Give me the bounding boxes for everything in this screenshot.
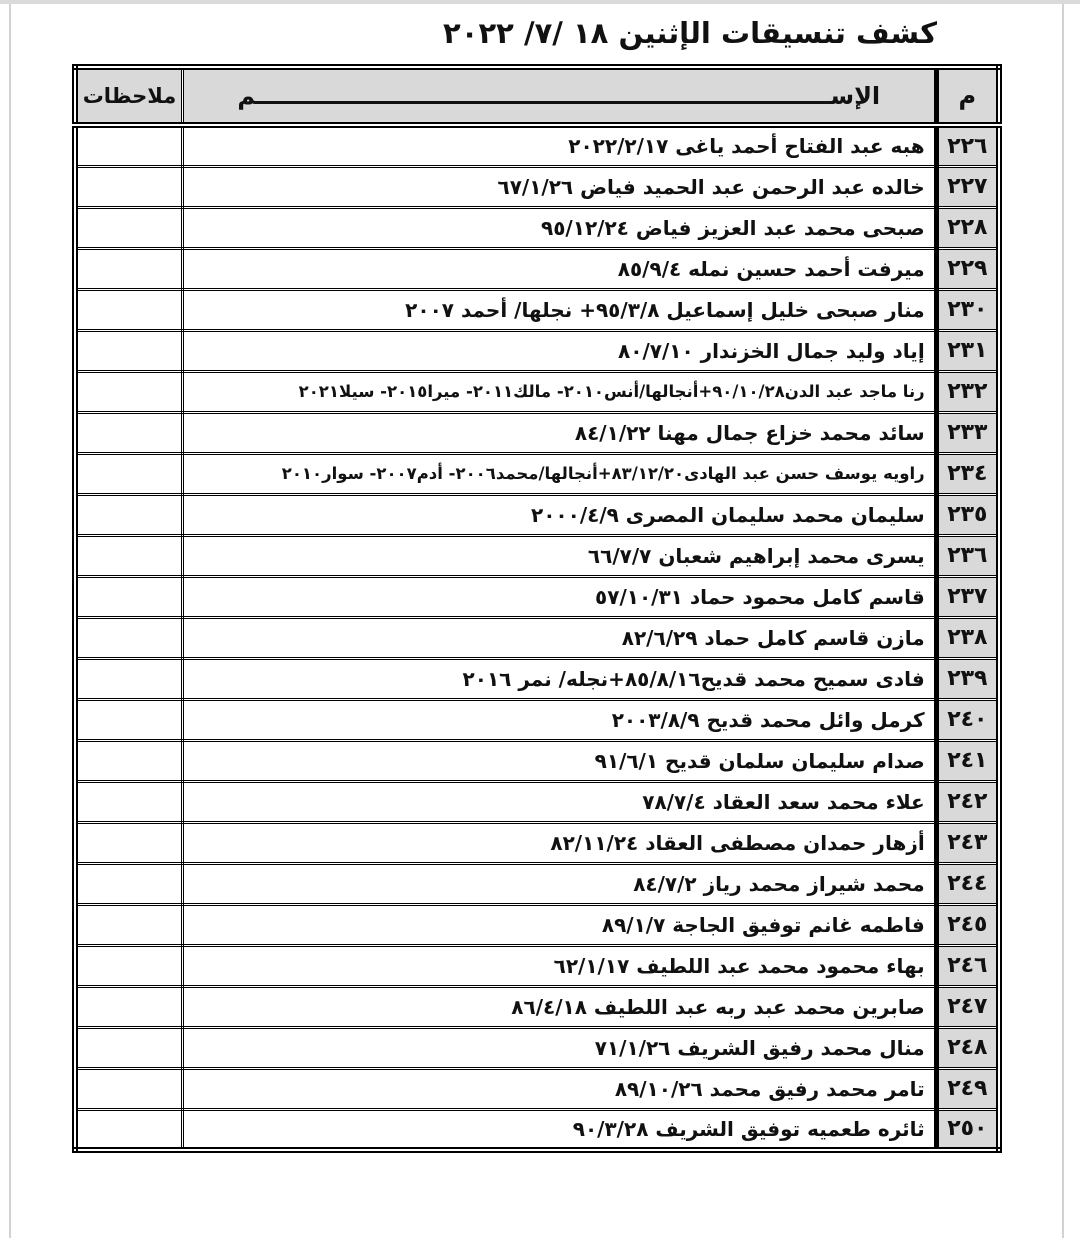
name-cell: يسرى محمد إبراهيم شعبان ٦٦/٧/٧	[182, 535, 936, 576]
serial-cell: ٢٣٩	[936, 658, 999, 699]
notes-cell	[75, 494, 182, 535]
serial-cell: ٢٣٧	[936, 576, 999, 617]
name-cell: تامر محمد رفيق محمد ٨٩/١٠/٢٦	[182, 1068, 936, 1109]
table-row: ٢٣٤راويه يوسف حسن عبد الهادى٨٣/١٢/٢٠+أنج…	[75, 453, 999, 494]
notes-cell	[75, 740, 182, 781]
serial-cell: ٢٣٨	[936, 617, 999, 658]
serial-cell: ٢٣٦	[936, 535, 999, 576]
table-row: ٢٤٧صابرين محمد عبد ربه عبد اللطيف ٨٦/٤/١…	[75, 986, 999, 1027]
page-edge-right-line	[1062, 4, 1064, 1238]
name-cell: إياد وليد جمال الخزندار ٨٠/٧/١٠	[182, 330, 936, 371]
serial-cell: ٢٤٦	[936, 945, 999, 986]
name-cell: صدام سليمان سلمان قديح ٩١/٦/١	[182, 740, 936, 781]
table-row: ٢٢٨صبحى محمد عبد العزيز فياض ٩٥/١٢/٢٤	[75, 207, 999, 248]
table-row: ٢٣١إياد وليد جمال الخزندار ٨٠/٧/١٠	[75, 330, 999, 371]
name-cell: سائد محمد خزاع جمال مهنا ٨٤/١/٢٢	[182, 412, 936, 453]
name-cell: راويه يوسف حسن عبد الهادى٨٣/١٢/٢٠+أنجاله…	[182, 453, 936, 494]
notes-cell	[75, 576, 182, 617]
table-row: ٢٣٨مازن قاسم كامل حماد ٨٢/٦/٢٩	[75, 617, 999, 658]
table-row: ٢٢٩ميرفت أحمد حسين نمله ٨٥/٩/٤	[75, 248, 999, 289]
table-row: ٢٢٧خالده عبد الرحمن عبد الحميد فياض ٦٧/١…	[75, 166, 999, 207]
name-cell: أزهار حمدان مصطفى العقاد ٨٢/١١/٢٤	[182, 822, 936, 863]
serial-cell: ٢٣٤	[936, 453, 999, 494]
serial-cell: ٢٤٣	[936, 822, 999, 863]
table-row: ٢٣٣سائد محمد خزاع جمال مهنا ٨٤/١/٢٢	[75, 412, 999, 453]
header-row: م الإســــــــــــــــــــــــــــــــــ…	[75, 67, 999, 125]
name-cell: محمد شيراز محمد رياز ٨٤/٧/٢	[182, 863, 936, 904]
serial-cell: ٢٤٢	[936, 781, 999, 822]
serial-cell: ٢٤٠	[936, 699, 999, 740]
serial-cell: ٢٣٠	[936, 289, 999, 330]
serial-cell: ٢٤٩	[936, 1068, 999, 1109]
name-cell: مازن قاسم كامل حماد ٨٢/٦/٢٩	[182, 617, 936, 658]
table-row: ٢٤٢علاء محمد سعد العقاد ٧٨/٧/٤	[75, 781, 999, 822]
notes-cell	[75, 822, 182, 863]
table-row: ٢٣٧قاسم كامل محمود حماد ٥٧/١٠/٣١	[75, 576, 999, 617]
name-cell: قاسم كامل محمود حماد ٥٧/١٠/٣١	[182, 576, 936, 617]
name-cell: منار صبحى خليل إسماعيل ٩٥/٣/٨+ نجلها/ أح…	[182, 289, 936, 330]
notes-cell	[75, 1109, 182, 1150]
table-row: ٢٥٠ثائره طعميه توفيق الشريف ٩٠/٣/٢٨	[75, 1109, 999, 1150]
serial-cell: ٢٢٩	[936, 248, 999, 289]
serial-cell: ٢٤٨	[936, 1027, 999, 1068]
name-cell: رنا ماجد عبد الدن٩٠/١٠/٢٨+أنجالها/أنس٢٠١…	[182, 371, 936, 412]
serial-cell: ٢٢٧	[936, 166, 999, 207]
table-row: ٢٢٦هبه عبد الفتاح أحمد ياغى ٢٠٢٢/٢/١٧	[75, 125, 999, 166]
table-body: ٢٢٦هبه عبد الفتاح أحمد ياغى ٢٠٢٢/٢/١٧٢٢٧…	[75, 125, 999, 1150]
table-row: ٢٤٦بهاء محمود محمد عبد اللطيف ٦٢/١/١٧	[75, 945, 999, 986]
notes-cell	[75, 289, 182, 330]
table-row: ٢٣٩فادى سميح محمد قديح٨٥/٨/١٦+نجله/ نمر …	[75, 658, 999, 699]
table-row: ٢٣٦يسرى محمد إبراهيم شعبان ٦٦/٧/٧	[75, 535, 999, 576]
serial-cell: ٢٤٧	[936, 986, 999, 1027]
name-cell: ميرفت أحمد حسين نمله ٨٥/٩/٤	[182, 248, 936, 289]
notes-cell	[75, 699, 182, 740]
notes-cell	[75, 945, 182, 986]
notes-cell	[75, 1068, 182, 1109]
notes-cell	[75, 904, 182, 945]
notes-cell	[75, 781, 182, 822]
name-cell: كرمل وائل محمد قديح ٢٠٠٣/٨/٩	[182, 699, 936, 740]
notes-cell	[75, 330, 182, 371]
table-row: ٢٤١صدام سليمان سلمان قديح ٩١/٦/١	[75, 740, 999, 781]
notes-cell	[75, 125, 182, 166]
notes-cell	[75, 453, 182, 494]
header-serial-number: م	[936, 67, 999, 125]
name-cell: منال محمد رفيق الشريف ٧١/١/٢٦	[182, 1027, 936, 1068]
name-cell: صابرين محمد عبد ربه عبد اللطيف ٨٦/٤/١٨	[182, 986, 936, 1027]
name-cell: خالده عبد الرحمن عبد الحميد فياض ٦٧/١/٢٦	[182, 166, 936, 207]
name-cell: علاء محمد سعد العقاد ٧٨/٧/٤	[182, 781, 936, 822]
serial-cell: ٢٣٣	[936, 412, 999, 453]
name-cell: صبحى محمد عبد العزيز فياض ٩٥/١٢/٢٤	[182, 207, 936, 248]
serial-cell: ٢٢٦	[936, 125, 999, 166]
notes-cell	[75, 412, 182, 453]
table-row: ٢٣٥سليمان محمد سليمان المصرى ٢٠٠٠/٤/٩	[75, 494, 999, 535]
notes-cell	[75, 207, 182, 248]
notes-cell	[75, 535, 182, 576]
name-cell: فادى سميح محمد قديح٨٥/٨/١٦+نجله/ نمر ٢٠١…	[182, 658, 936, 699]
document-page: كشف تنسيقات الإثنين ١٨ /٧/ ٢٠٢٢ م الإســ…	[0, 0, 1080, 1238]
page-title: كشف تنسيقات الإثنين ١٨ /٧/ ٢٠٢٢	[150, 0, 1080, 50]
table-row: ٢٤٨منال محمد رفيق الشريف ٧١/١/٢٦	[75, 1027, 999, 1068]
coordination-list-table: م الإســــــــــــــــــــــــــــــــــ…	[72, 64, 1002, 1153]
notes-cell	[75, 617, 182, 658]
table-row: ٢٤٣أزهار حمدان مصطفى العقاد ٨٢/١١/٢٤	[75, 822, 999, 863]
table-row: ٢٤٠كرمل وائل محمد قديح ٢٠٠٣/٨/٩	[75, 699, 999, 740]
serial-cell: ٢٤٤	[936, 863, 999, 904]
notes-cell	[75, 986, 182, 1027]
table-row: ٢٤٥فاطمه غانم توفيق الجاجة ٨٩/١/٧	[75, 904, 999, 945]
table-row: ٢٤٤محمد شيراز محمد رياز ٨٤/٧/٢	[75, 863, 999, 904]
header-name: الإســــــــــــــــــــــــــــــــــــ…	[182, 67, 936, 125]
notes-cell	[75, 248, 182, 289]
name-cell: بهاء محمود محمد عبد اللطيف ٦٢/١/١٧	[182, 945, 936, 986]
name-cell: هبه عبد الفتاح أحمد ياغى ٢٠٢٢/٢/١٧	[182, 125, 936, 166]
notes-cell	[75, 1027, 182, 1068]
serial-cell: ٢٣١	[936, 330, 999, 371]
name-cell: فاطمه غانم توفيق الجاجة ٨٩/١/٧	[182, 904, 936, 945]
serial-cell: ٢٤٥	[936, 904, 999, 945]
table-header: م الإســــــــــــــــــــــــــــــــــ…	[75, 67, 999, 125]
header-notes: ملاحظات	[75, 67, 182, 125]
serial-cell: ٢٥٠	[936, 1109, 999, 1150]
notes-cell	[75, 863, 182, 904]
name-cell: ثائره طعميه توفيق الشريف ٩٠/٣/٢٨	[182, 1109, 936, 1150]
serial-cell: ٢٣٥	[936, 494, 999, 535]
name-cell: سليمان محمد سليمان المصرى ٢٠٠٠/٤/٩	[182, 494, 936, 535]
serial-cell: ٢٤١	[936, 740, 999, 781]
notes-cell	[75, 371, 182, 412]
table-row: ٢٣٢رنا ماجد عبد الدن٩٠/١٠/٢٨+أنجالها/أنس…	[75, 371, 999, 412]
table-row: ٢٣٠منار صبحى خليل إسماعيل ٩٥/٣/٨+ نجلها/…	[75, 289, 999, 330]
table-row: ٢٤٩تامر محمد رفيق محمد ٨٩/١٠/٢٦	[75, 1068, 999, 1109]
page-edge-left-line	[9, 4, 11, 1238]
notes-cell	[75, 166, 182, 207]
serial-cell: ٢٢٨	[936, 207, 999, 248]
serial-cell: ٢٣٢	[936, 371, 999, 412]
notes-cell	[75, 658, 182, 699]
